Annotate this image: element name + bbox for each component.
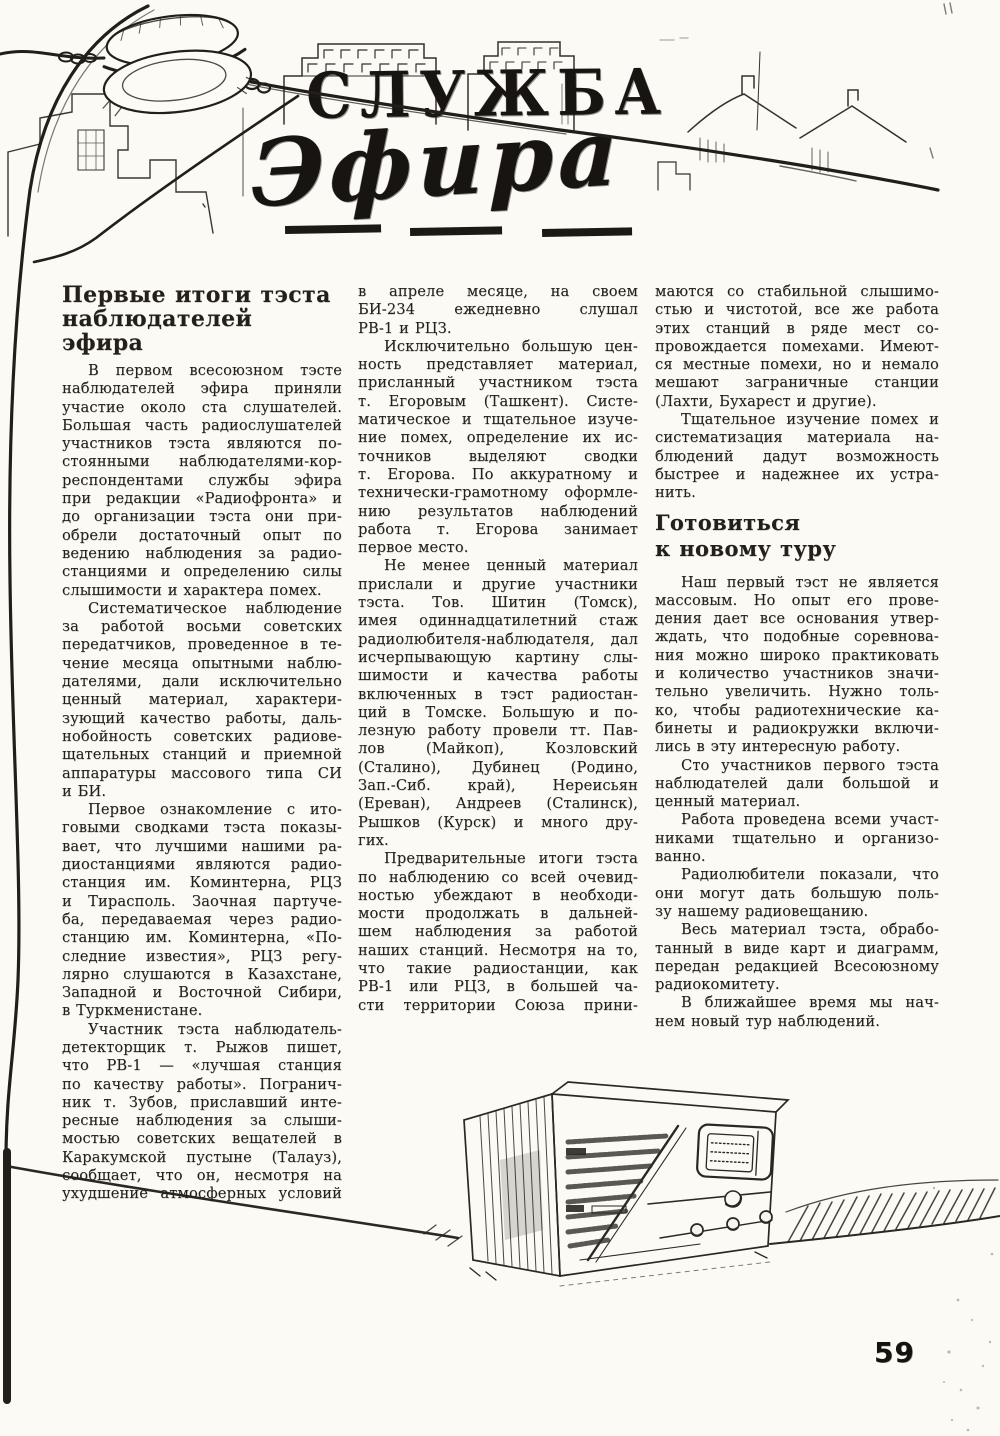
text-line: блюдений дадут возможность [655, 448, 939, 466]
text-line: за работой восьми советских [62, 618, 342, 636]
text-line: наблюдателей дали большой и [655, 775, 939, 793]
text-line: ба, передаваемая через радио- [62, 911, 342, 929]
text-line: систематизация материала на- [655, 429, 939, 447]
text-line: щательных станций и приемной [62, 746, 342, 764]
text-line: Сто участников первого тэста [655, 757, 939, 775]
text-line: ность представляет материал, [358, 356, 638, 374]
text-line: ресные наблюдения за слыши- [62, 1112, 342, 1130]
text-line: нию результатов наблюдений [358, 503, 638, 521]
text-line: Весь материал тэста, обрабо- [655, 921, 939, 939]
speaker-slats [480, 1097, 552, 1274]
text-line: гих. [358, 832, 638, 850]
text-line: шимости и качества работы [358, 667, 638, 685]
text-line: зующий качество работы, даль- [62, 710, 342, 728]
text-line: В первом всесоюзном тэсте [62, 362, 342, 380]
text-line: и БИ. [62, 783, 342, 801]
text-line: ждать, что подобные соревнова- [655, 628, 939, 646]
text-line: и Тирасполь. Заочная партуче- [62, 893, 342, 911]
text-line: при редакции «Радиофронта» и [62, 490, 342, 508]
text-line: РВ-1 и РЦЗ. [358, 320, 638, 338]
text-column: маются со стабильной слышимо-стью и чист… [655, 283, 939, 1031]
text-line: (Ереван), Андреев (Сталинск), [358, 795, 638, 813]
text-line: провождается помехами. Имеют- [655, 338, 939, 356]
text-line: (Лахти, Бухарест и другие). [655, 393, 939, 411]
heading-line: Готовиться [655, 510, 939, 536]
text-line: наших станций. Несмотря на то, [358, 942, 638, 960]
text-line: зу нашему радиовещанию. [655, 903, 939, 921]
text-line: что такие радиостанции, как [358, 960, 638, 978]
text-line: по качеству работы». Погранич- [62, 1076, 342, 1094]
text-line: Первое ознакомление с ито- [62, 801, 342, 819]
text-line: радиолюбителя-наблюдателя, дал [358, 631, 638, 649]
text-line: говыми сводками тэста показы- [62, 819, 342, 837]
control-knobs [691, 1211, 772, 1236]
text-line: передатчиков, проведенное в те- [62, 636, 342, 654]
city-skyline [8, 94, 243, 236]
text-line: исчерпывающую картину слы- [358, 649, 638, 667]
text-line: лезную работу провели тт. Пав- [358, 722, 638, 740]
text-line: Предварительные итоги тэста [358, 850, 638, 868]
grille-bands [568, 1136, 666, 1246]
text-line: слышимости и характера помех. [62, 582, 342, 600]
text-line: передан редакцией Всесоюзному [655, 958, 939, 976]
text-line: станция им. Коминтерна, РЦЗ [62, 874, 342, 892]
text-line: участие около ста слушателей. [62, 399, 342, 417]
text-line: ся местные помехи, но и немало [655, 356, 939, 374]
text-line: (Сталино), Дубинец (Родино, [358, 759, 638, 777]
text-line: ния можно широко практиковать [655, 647, 939, 665]
text-line: т. Егоровым (Ташкент). Систе- [358, 393, 638, 411]
text-line: В ближайшее время мы нач- [655, 994, 939, 1012]
text-line: ведению наблюдения за радио- [62, 545, 342, 563]
text-line: Исключительно большую цен- [358, 338, 638, 356]
text-line: Радиолюбители показали, что [655, 866, 939, 884]
text-line: ванно. [655, 848, 939, 866]
text-line: тэста. Тов. Шитин (Томск), [358, 594, 638, 612]
text-line: первое место. [358, 539, 638, 557]
text-line: аппаратуры массового типа СИ [62, 765, 342, 783]
scan-speckles [933, 1187, 994, 1431]
text-line: Участник тэста наблюдатель- [62, 1021, 342, 1039]
text-line: в апреле месяце, на своем [358, 283, 638, 301]
text-line: присланный участником тэста [358, 374, 638, 392]
text-line: станциями и определению силы [62, 563, 342, 581]
text-column: Первые итоги тэстанаблюдателей эфираВ пе… [62, 283, 342, 1204]
text-line: наблюдателей эфира приняли [62, 380, 342, 398]
text-line: точников выделяют сводки [358, 448, 638, 466]
text-line: мости продолжать в дальней- [358, 905, 638, 923]
text-line: Наш первый тэст не является [655, 574, 939, 592]
text-line: нить. [655, 484, 939, 502]
text-line: т. Егорова. По аккуратному и [358, 466, 638, 484]
text-line: РВ-1 или РЦЗ, в большей ча- [358, 978, 638, 996]
text-line: диостанциями являются радио- [62, 856, 342, 874]
text-line: участников тэста являются по- [62, 435, 342, 453]
text-line: Большая часть радиослушателей [62, 417, 342, 435]
text-line: стью и чистотой, все же работа [655, 301, 939, 319]
text-line: ник т. Зубов, приславший инте- [62, 1094, 342, 1112]
text-line: ухудшение атмосферных условий [62, 1185, 342, 1203]
text-line: вает, что лучшими нашими ра- [62, 838, 342, 856]
dial-window [697, 1124, 774, 1180]
text-line: они могут дать большую поль- [655, 885, 939, 903]
text-line: шем наблюдения за работой [358, 923, 638, 941]
scan-marks [660, 3, 952, 158]
text-line: сти территории Союза прини- [358, 997, 638, 1015]
text-line: матическое и тщательное изуче- [358, 411, 638, 429]
text-line: чение месяца опытными наблю- [62, 655, 342, 673]
text-line: мостью советских вещателей в [62, 1130, 342, 1148]
text-line: ние помех, определение их ис- [358, 429, 638, 447]
text-line: детекторщик т. Рыжов пишет, [62, 1039, 342, 1057]
text-line: массовым. Но опыт его прове- [655, 592, 939, 610]
text-line: маются со стабильной слышимо- [655, 283, 939, 301]
text-line: танный в виде карт и диаграмм, [655, 940, 939, 958]
text-line: никами тщательно и организо- [655, 830, 939, 848]
text-line: Работа проведена всеми участ- [655, 811, 939, 829]
text-line: станцию им. Коминтерна, «По- [62, 929, 342, 947]
page-number: 59 [874, 1336, 915, 1369]
heading-line: Первые итоги тэста [62, 283, 342, 307]
text-line: этих станций в ряде мест со- [655, 320, 939, 338]
text-line: дателями, дали исключительно [62, 673, 342, 691]
text-line: по наблюдению со всей очевид- [358, 869, 638, 887]
text-line: следние известия», РЦЗ регу- [62, 948, 342, 966]
text-line: сообщает, что он, несмотря на [62, 1167, 342, 1185]
houses-right [658, 52, 906, 190]
text-column: в апреле месяце, на своемБИ-234 ежедневн… [358, 283, 638, 1015]
page-title-line2: Эфира [251, 98, 623, 228]
text-line: работа т. Егорова занимает [358, 521, 638, 539]
text-line: Зап.-Сиб. край), Нереисьян [358, 777, 638, 795]
text-line: в Туркменистане. [62, 1002, 342, 1020]
ground-shadow-hatch [424, 1180, 998, 1246]
magazine-page: СЛУЖБА Эфира [0, 0, 1000, 1436]
text-line: до организации тэста они при- [62, 508, 342, 526]
text-line: БИ-234 ежедневно слушал [358, 301, 638, 319]
text-line: включенных в тэст радиостан- [358, 686, 638, 704]
text-line: технически-грамотному оформле- [358, 484, 638, 502]
text-line: Тщательное изучение помех и [655, 411, 939, 429]
tuning-knob [725, 1191, 741, 1207]
section-heading: Первые итоги тэстанаблюдателей эфира [62, 283, 342, 355]
text-line: тельно увеличить. Нужно толь- [655, 683, 939, 701]
text-line: имея одиннадцатилетний стаж [358, 612, 638, 630]
heading-line: наблюдателей эфира [62, 307, 342, 355]
antenna-insulator [93, 7, 258, 121]
text-line: обрели достаточный опыт по [62, 527, 342, 545]
text-line: нем новый тур наблюдений. [655, 1013, 939, 1031]
text-line: ко, чтобы радиотехнические ка- [655, 702, 939, 720]
text-line: Западной и Восточной Сибири, [62, 984, 342, 1002]
text-line: нобойность советских радиове- [62, 728, 342, 746]
heading-line: к новому туру [655, 536, 939, 562]
text-line: что РВ-1 — «лучшая станция [62, 1057, 342, 1075]
text-line: Не менее ценный материал [358, 557, 638, 575]
text-line: лов (Майкоп), Козловский [358, 740, 638, 758]
text-line: и количество участников значи- [655, 665, 939, 683]
section-heading: Готовитьсяк новому туру [655, 510, 939, 562]
text-line: ций в Томске. Большую и по- [358, 704, 638, 722]
text-line: быстрее и надежнее их устра- [655, 466, 939, 484]
text-line: дения дает все основания утвер- [655, 610, 939, 628]
text-line: Каракумской пустыне (Талауз), [62, 1149, 342, 1167]
text-line: лись в эту интересную работу. [655, 738, 939, 756]
text-line: прислали и другие участники [358, 576, 638, 594]
text-line: Рышков (Курск) и много дру- [358, 814, 638, 832]
text-line: бинеты и радиокружки включи- [655, 720, 939, 738]
text-line: ценный материал, характери- [62, 691, 342, 709]
text-line: Систематическое наблюдение [62, 600, 342, 618]
text-line: респондентами службы эфира [62, 472, 342, 490]
title-underline [285, 224, 632, 237]
text-line: ценный материал. [655, 793, 939, 811]
text-line: радиокомитету. [655, 976, 939, 994]
text-line: ностью убеждают в необходи- [358, 887, 638, 905]
text-line: стоянными наблюдателями-кор- [62, 453, 342, 471]
text-line: мешают заграничные станции [655, 374, 939, 392]
text-line: лярно слушаются в Казахстане, [62, 966, 342, 984]
radio-receiver-illustration [464, 1082, 788, 1286]
